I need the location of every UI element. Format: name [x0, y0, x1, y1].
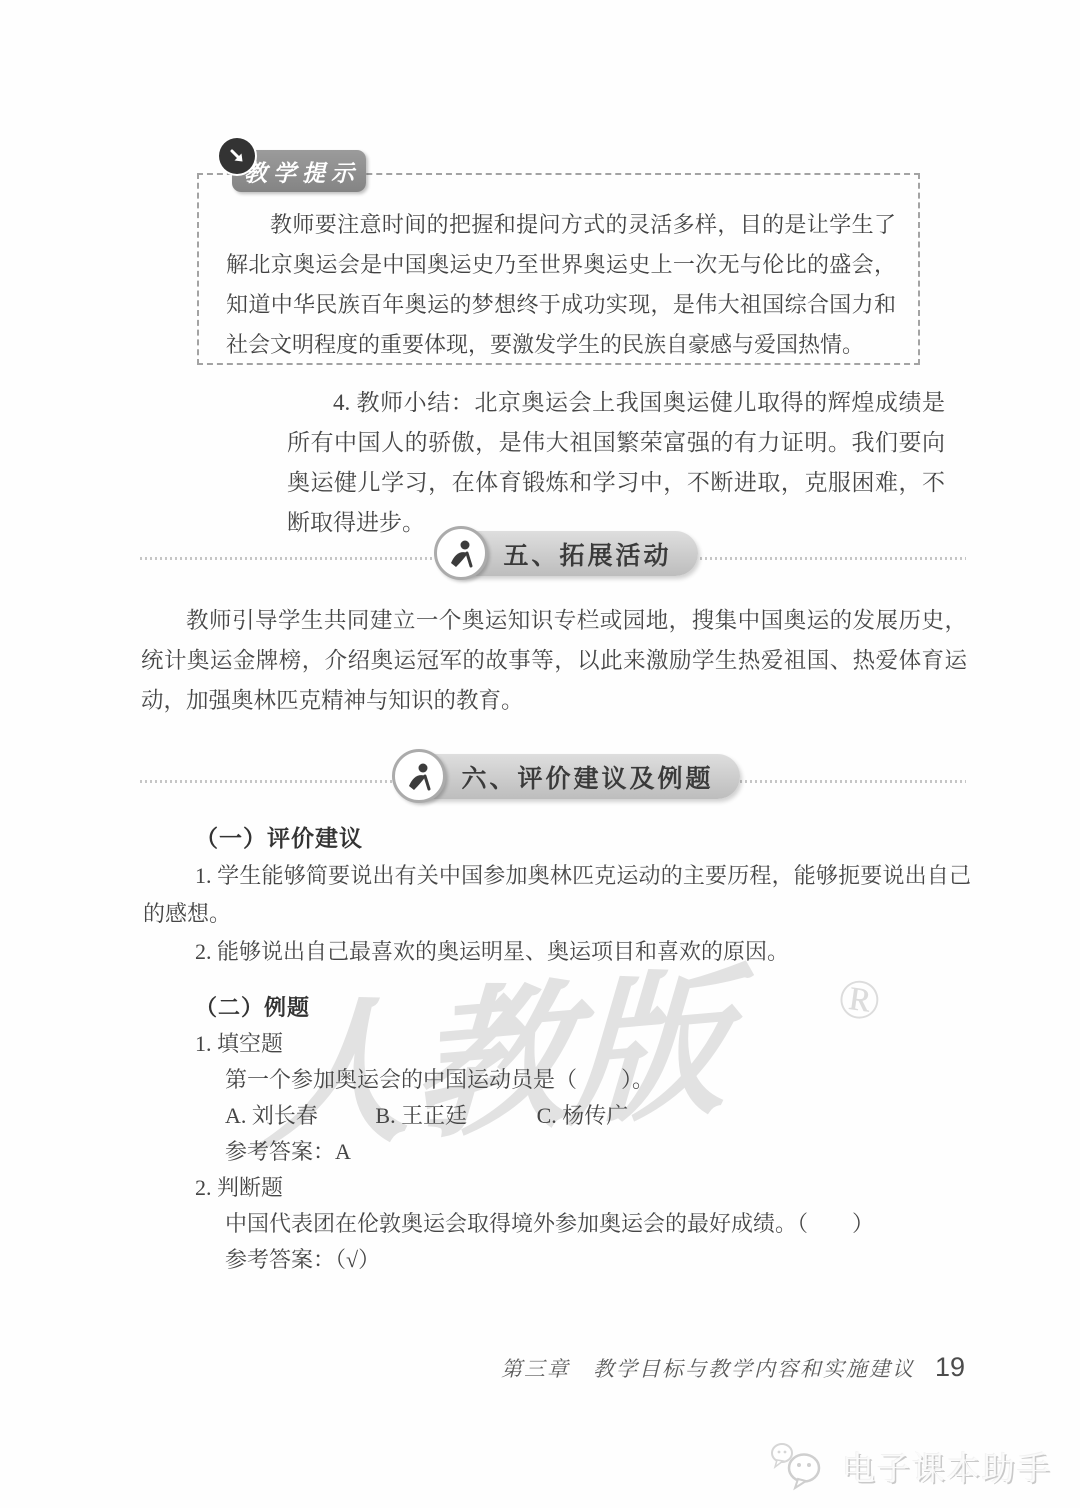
- subsection-1-title: （一）评价建议: [195, 820, 363, 853]
- section-5-pill: 五、拓展活动: [442, 531, 698, 576]
- question-2-label: 2. 判断题: [195, 1170, 970, 1206]
- athlete-icon: [392, 749, 446, 803]
- chat-bubbles-logo-icon: [768, 1440, 832, 1492]
- branding-watermark: 电子课本助手: [768, 1440, 1052, 1492]
- option-b: B. 王正廷: [375, 1098, 467, 1134]
- option-c: C. 杨传广: [537, 1098, 629, 1134]
- chapter-title: 第三章 教学目标与教学内容和实施建议: [501, 1353, 915, 1383]
- athlete-icon: [434, 526, 488, 580]
- section-5-title: 五、拓展活动: [504, 536, 672, 572]
- arrow-badge: [219, 138, 255, 174]
- section-5-paragraph: 教师引导学生共同建立一个奥运知识专栏或园地，搜集中国奥运的发展历史，统计奥运金牌…: [141, 601, 967, 721]
- evaluation-item-1: 1. 学生能够简要说出有关中国参加奥林匹克运动的主要历程，能够扼要说出自己的感想…: [143, 857, 971, 933]
- option-a: A. 刘长春: [225, 1098, 318, 1134]
- example-questions: （二）例题 1. 填空题 第一个参加奥运会的中国运动员是（ ）。 A. 刘长春 …: [195, 990, 970, 1278]
- question-1-text: 第一个参加奥运会的中国运动员是（ ）。: [195, 1062, 970, 1098]
- section-6-title: 六、评价建议及例题: [462, 759, 714, 795]
- teaching-tip-text: 教师要注意时间的把握和提问方式的灵活多样，目的是让学生了解北京奥运会是中国奥运史…: [199, 175, 918, 365]
- page-content: 教师要注意时间的把握和提问方式的灵活多样，目的是让学生了解北京奥运会是中国奥运史…: [0, 0, 1080, 1508]
- evaluation-items: 1. 学生能够简要说出有关中国参加奥林匹克运动的主要历程，能够扼要说出自己的感想…: [143, 857, 971, 971]
- section-pill: 五、拓展活动: [442, 531, 698, 576]
- question-1-options: A. 刘长春 B. 王正廷 C. 杨传广: [195, 1098, 970, 1134]
- question-2-answer: 参考答案：（√）: [195, 1242, 970, 1278]
- branding-name: 电子课本助手: [842, 1443, 1052, 1490]
- page-number: 19: [935, 1352, 965, 1383]
- question-1-answer: 参考答案：A: [195, 1134, 970, 1170]
- section-5-header: 五、拓展活动: [140, 531, 966, 591]
- page-footer: 第三章 教学目标与教学内容和实施建议 19: [501, 1352, 965, 1383]
- section-6-pill: 六、评价建议及例题: [400, 754, 740, 799]
- question-2-text: 中国代表团在伦敦奥运会取得境外参加奥运会的最好成绩。（ ）: [195, 1206, 970, 1242]
- question-1-label: 1. 填空题: [195, 1026, 970, 1062]
- section-pill: 六、评价建议及例题: [400, 754, 740, 799]
- teacher-summary-paragraph: 4. 教师小结：北京奥运会上我国奥运健儿取得的辉煌成绩是所有中国人的骄傲，是伟大…: [287, 383, 945, 543]
- teaching-tip-tag-label: 教学提示: [238, 155, 360, 188]
- arrow-down-right-icon: [227, 146, 247, 166]
- scanned-textbook-page: 人教版 ® 教师要注意时间的把握和提问方式的灵活多样，目的是让学生了解北京奥运会…: [0, 0, 1080, 1508]
- evaluation-item-2: 2. 能够说出自己最喜欢的奥运明星、奥运项目和喜欢的原因。: [143, 933, 971, 971]
- teaching-tip-callout: 教师要注意时间的把握和提问方式的灵活多样，目的是让学生了解北京奥运会是中国奥运史…: [197, 173, 920, 365]
- subsection-2-title: （二）例题: [195, 990, 970, 1026]
- section-6-header: 六、评价建议及例题: [140, 754, 966, 814]
